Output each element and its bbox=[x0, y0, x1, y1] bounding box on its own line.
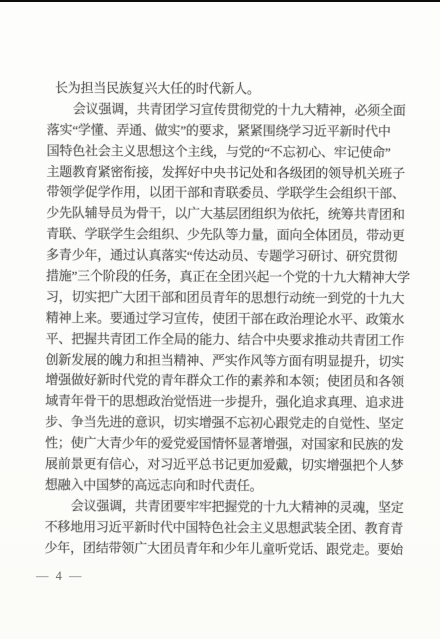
text-line: 展前景更有信心，对习近平总书记更加爱戴，切实增强把个人梦 bbox=[0, 454, 438, 477]
text-line: 不移地用习近平新时代中国特色社会主义思想武装全团、教育青 bbox=[0, 517, 438, 540]
text-line: 会议强调，共青团要牢牢把握党的十九大精神的灵魂，坚定 bbox=[0, 496, 438, 519]
text-line: 长为担当民族复兴大任的时代新人。 bbox=[0, 78, 440, 101]
text-line: 措施”三个阶段的任务，真正在全团兴起一个党的十九大精神大学 bbox=[0, 266, 439, 289]
text-line: 主题教育紧密衔接，发挥好中央书记处和各级团的领导机关班子 bbox=[0, 161, 440, 184]
text-line: 落实“学懂、弄通、做实”的要求，紧紧围绕学习近平新时代中 bbox=[0, 120, 440, 143]
scan-top-edge bbox=[0, 0, 440, 2]
text-line: 创新发展的魄力和担当精神、严实作风等方面有明显提升，切实 bbox=[0, 349, 439, 372]
page-number: — 4 — bbox=[36, 569, 84, 584]
text-line: 青联、学联学生会组织、少先队等力量，面向全体团员，带动更 bbox=[0, 224, 439, 247]
text-line: 国特色社会主义思想这个主线，与党的“不忘初心、牢记使命” bbox=[0, 141, 440, 164]
text-line: 会议强调，共青团学习宣传贯彻党的十九大精神，必须全面 bbox=[0, 99, 440, 122]
text-line: 带领学促学作用，以团干部和青联委员、学联学生会组织干部、 bbox=[0, 182, 439, 205]
scanned-document-page: 长为担当民族复兴大任的时代新人。会议强调，共青团学习宣传贯彻党的十九大精神，必须… bbox=[0, 0, 440, 639]
text-line: 步、争当先进的意识，切实增强不忘初心跟党走的自觉性、坚定 bbox=[0, 412, 438, 435]
document-body: 长为担当民族复兴大任的时代新人。会议强调，共青团学习宣传贯彻党的十九大精神，必须… bbox=[0, 78, 440, 561]
text-line: 精神上来。要通过学习宣传，使团干部在政治理论水平、政策水 bbox=[0, 308, 439, 331]
text-line: 习，切实把广大团干部和团员青年的思想行动统一到党的十九大 bbox=[0, 287, 439, 310]
text-line: 增强做好新时代党的青年群众工作的素养和本领；使团员和各领 bbox=[0, 370, 438, 393]
text-line: 少先队辅导员为骨干，以广大基层团组织为依托，统筹共青团和 bbox=[0, 203, 439, 226]
text-line: 性；使广大青少年的爱党爱国情怀显著增强，对国家和民族的发 bbox=[0, 433, 438, 456]
text-line: 域青年骨干的思想政治觉悟进一步提升，强化追求真理、追求进 bbox=[0, 391, 438, 414]
text-line: 想融入中国梦的高远志向和时代责任。 bbox=[0, 475, 438, 498]
text-line: 多青少年，通过认真落实“传达动员、专题学习研讨、研究贯彻 bbox=[0, 245, 439, 268]
text-line: 平、把握共青团工作全局的能力、结合中央要求推动共青团工作 bbox=[0, 329, 439, 352]
text-line: 少年，团结带领广大团员青年和少年儿童听党话、跟党走。要始 bbox=[0, 537, 438, 560]
